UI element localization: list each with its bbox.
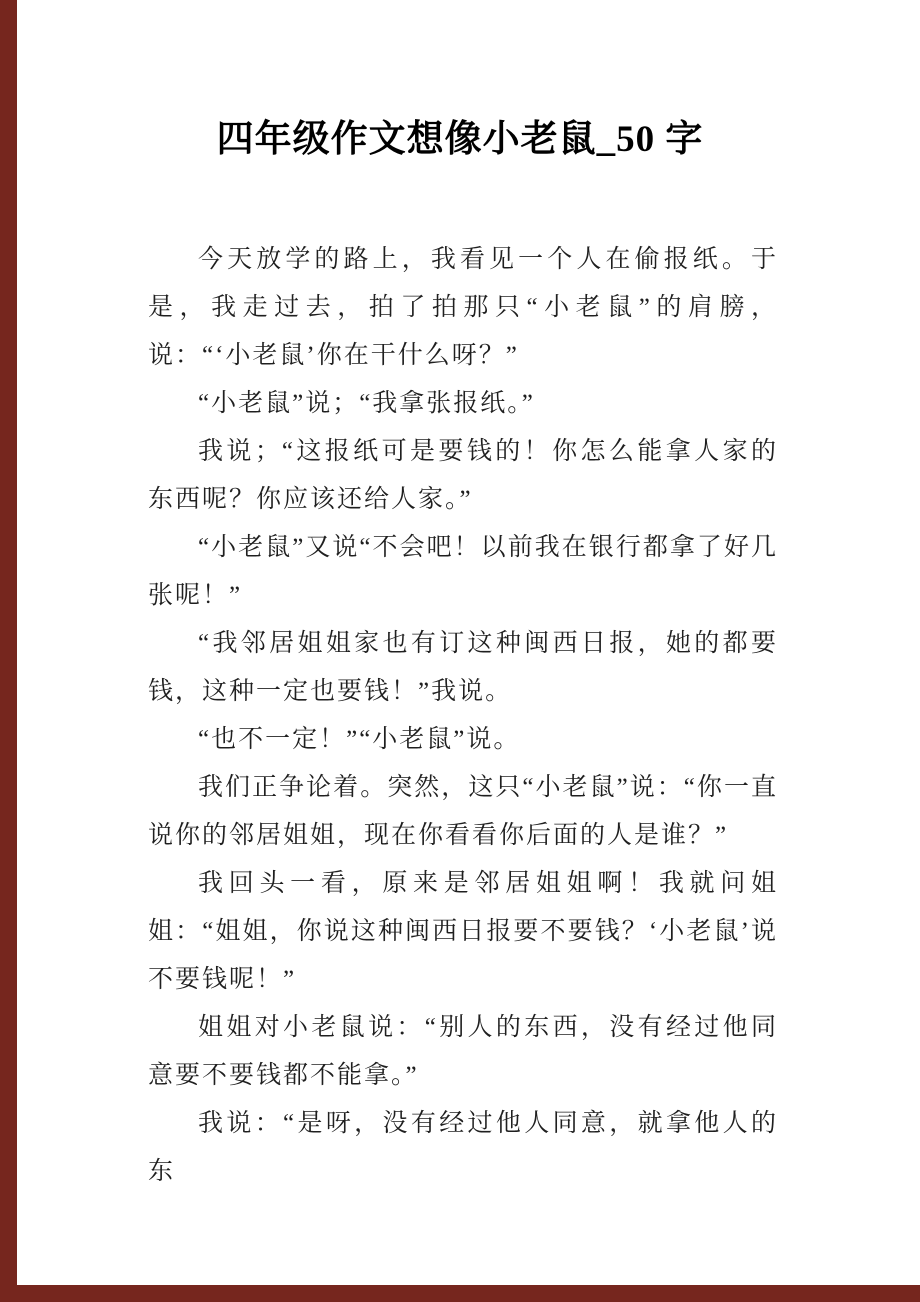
paragraph: 我说：“是呀，没有经过他人同意，就拿他人的东 xyxy=(148,1100,778,1196)
paragraph: 今天放学的路上，我看见一个人在偷报纸。于是，我走过去，拍了拍那只“小老鼠”的肩膀… xyxy=(148,236,778,380)
paragraph: 我们正争论着。突然，这只“小老鼠”说：“你一直说你的邻居姐姐，现在你看看你后面的… xyxy=(148,764,778,860)
document-body: 今天放学的路上，我看见一个人在偷报纸。于是，我走过去，拍了拍那只“小老鼠”的肩膀… xyxy=(148,236,778,1196)
page-edge-bottom xyxy=(0,1285,920,1302)
paragraph: 姐姐对小老鼠说：“别人的东西，没有经过他同意要不要钱都不能拿。” xyxy=(148,1004,778,1100)
paragraph: “小老鼠”又说“不会吧！以前我在银行都拿了好几张呢！” xyxy=(148,524,778,620)
paragraph: 我说；“这报纸可是要钱的！你怎么能拿人家的东西呢？你应该还给人家。” xyxy=(148,428,778,524)
paragraph: “我邻居姐姐家也有订这种闽西日报，她的都要钱，这种一定也要钱！”我说。 xyxy=(148,620,778,716)
document-title: 四年级作文想像小老鼠_50 字 xyxy=(0,118,920,162)
paragraph: “小老鼠”说；“我拿张报纸。” xyxy=(148,380,778,428)
paragraph: 我回头一看，原来是邻居姐姐啊！我就问姐姐：“姐姐，你说这种闽西日报要不要钱？‘小… xyxy=(148,860,778,1004)
document-page: 四年级作文想像小老鼠_50 字 今天放学的路上，我看见一个人在偷报纸。于是，我走… xyxy=(0,0,920,1302)
paragraph: “也不一定！”“小老鼠”说。 xyxy=(148,716,778,764)
page-edge-left xyxy=(0,0,17,1302)
